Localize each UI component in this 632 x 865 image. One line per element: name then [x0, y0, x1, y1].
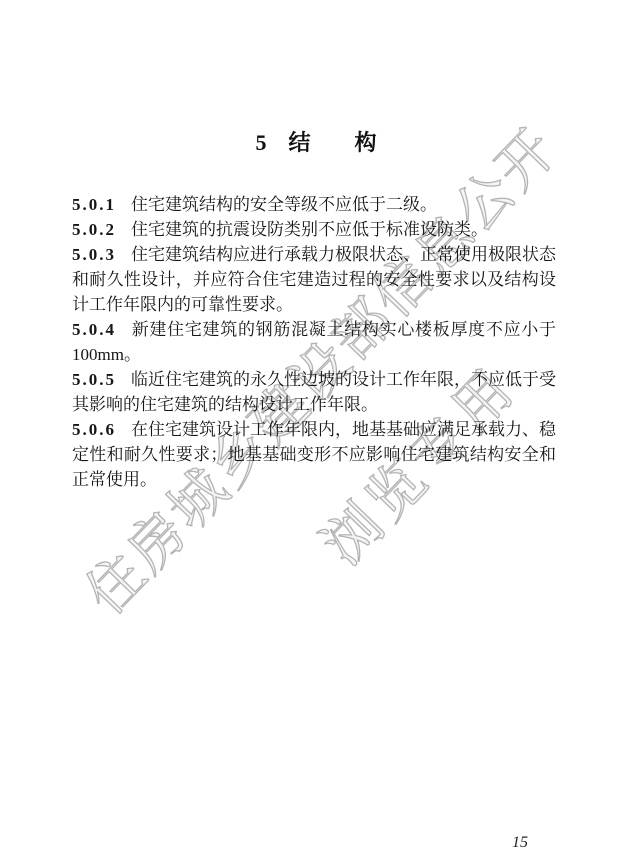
section-paragraph: 5.0.5临近住宅建筑的永久性边坡的设计工作年限，不应低于受其影响的住宅建筑的结… — [72, 367, 556, 417]
section-text: 在住宅建筑设计工作年限内，地基基础应满足承载力、稳定性和耐久性要求；地基基础变形… — [72, 420, 556, 489]
section-paragraph: 5.0.4新建住宅建筑的钢筋混凝土结构实心楼板厚度不应小于 100mm。 — [72, 317, 556, 367]
section-paragraph: 5.0.1住宅建筑结构的安全等级不应低于二级。 — [72, 192, 556, 217]
section-text: 住宅建筑结构应进行承载力极限状态、正常使用极限状态和耐久性设计，并应符合住宅建造… — [72, 245, 556, 314]
section-text: 住宅建筑的抗震设防类别不应低于标准设防类。 — [131, 220, 488, 239]
section-number: 5.0.3 — [72, 245, 116, 264]
section-text: 住宅建筑结构的安全等级不应低于二级。 — [131, 195, 437, 214]
section-paragraph: 5.0.3住宅建筑结构应进行承载力极限状态、正常使用极限状态和耐久性设计，并应符… — [72, 242, 556, 317]
page-number: 15 — [512, 834, 528, 852]
section-text: 新建住宅建筑的钢筋混凝土结构实心楼板厚度不应小于 100mm。 — [72, 320, 556, 364]
section-number: 5.0.4 — [72, 320, 116, 339]
chapter-title: 5 结 构 — [0, 126, 632, 157]
section-paragraph: 5.0.2住宅建筑的抗震设防类别不应低于标准设防类。 — [72, 217, 556, 242]
section-paragraph: 5.0.6在住宅建筑设计工作年限内，地基基础应满足承载力、稳定性和耐久性要求；地… — [72, 417, 556, 492]
body-text: 5.0.1住宅建筑结构的安全等级不应低于二级。 5.0.2住宅建筑的抗震设防类别… — [72, 192, 556, 492]
section-number: 5.0.1 — [72, 195, 116, 214]
section-number: 5.0.5 — [72, 370, 116, 389]
section-number: 5.0.2 — [72, 220, 116, 239]
section-text: 临近住宅建筑的永久性边坡的设计工作年限，不应低于受其影响的住宅建筑的结构设计工作… — [72, 370, 556, 414]
document-page: 住房城乡建设部信息公开 浏览专用 5 结 构 5.0.1住宅建筑结构的安全等级不… — [0, 0, 632, 865]
section-number: 5.0.6 — [72, 420, 116, 439]
